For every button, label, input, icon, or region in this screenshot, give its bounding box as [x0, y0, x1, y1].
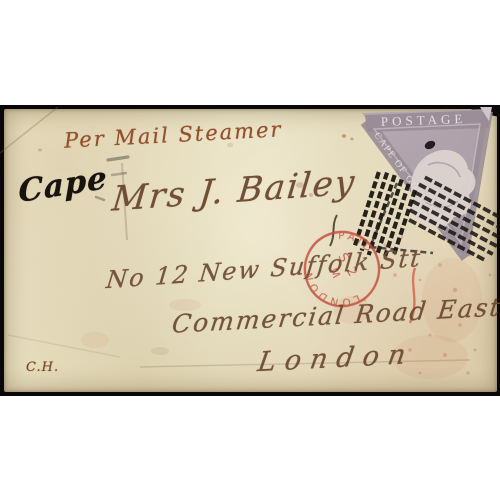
stamp-postage-text: POSTAGE: [381, 111, 467, 129]
page: { "photo": { "frame_color": "#080808", "…: [0, 0, 500, 500]
cover-photo: POSTAGE CAPE OF GOOD HOPE: [0, 105, 500, 396]
collector-initials: C.H.: [26, 360, 59, 375]
